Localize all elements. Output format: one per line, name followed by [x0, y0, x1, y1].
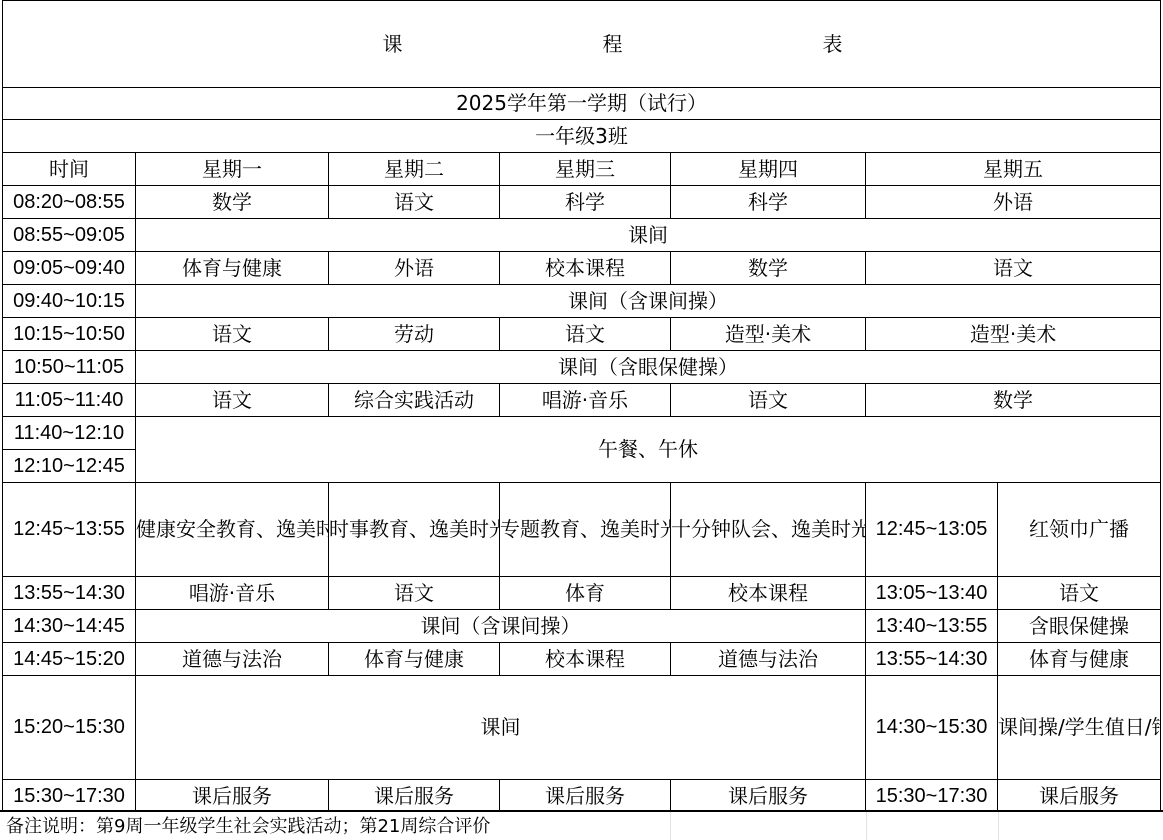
break-cell: 课间: [136, 219, 1161, 252]
friday-time-cell: 13:55~14:30: [866, 643, 998, 676]
lesson-cell: 时事教育、逸美时光、眼保健操: [329, 483, 500, 577]
table-row: 08:55~09:05 课间: [3, 219, 1161, 252]
friday-lesson-cell: 语文: [998, 577, 1161, 610]
lesson-cell: 语文: [136, 384, 329, 417]
friday-lesson-cell: 课后服务: [998, 780, 1161, 813]
lesson-cell: 校本课程: [671, 577, 866, 610]
time-cell: 10:15~10:50: [3, 318, 136, 351]
table-row: 14:30~14:45 课间（含课间操） 13:40~13:55 含眼保健操: [3, 610, 1161, 643]
lesson-cell: 科学: [671, 186, 866, 219]
lesson-cell: 课后服务: [136, 780, 329, 813]
time-cell: 08:55~09:05: [3, 219, 136, 252]
lesson-cell: 道德与法治: [671, 643, 866, 676]
table-row: 12:45~13:55 健康安全教育、逸美时光、眼保健操 时事教育、逸美时光、眼…: [3, 483, 1161, 577]
friday-time-cell: 12:45~13:05: [866, 483, 998, 577]
remarks-row: 备注说明：第9周一年级学生社会实践活动；第21周综合评价: [0, 810, 1163, 840]
lesson-cell: 造型·美术: [671, 318, 866, 351]
lesson-cell: 语文: [329, 186, 500, 219]
time-cell: 15:20~15:30: [3, 676, 136, 780]
table-row: 15:20~15:30 课间 14:30~15:30 课间操/学生值日/错峰放学…: [3, 676, 1161, 780]
table-row: 11:05~11:40 语文 综合实践活动 唱游·音乐 语文 数学: [3, 384, 1161, 417]
header-tuesday: 星期二: [329, 153, 500, 186]
lesson-cell: 劳动: [329, 318, 500, 351]
header-monday: 星期一: [136, 153, 329, 186]
header-thursday: 星期四: [671, 153, 866, 186]
time-cell: 09:05~09:40: [3, 252, 136, 285]
lesson-cell: 课后服务: [500, 780, 671, 813]
table-row: 14:45~15:20 道德与法治 体育与健康 校本课程 道德与法治 13:55…: [3, 643, 1161, 676]
lesson-cell: 体育与健康: [329, 643, 500, 676]
time-cell: 13:55~14:30: [3, 577, 136, 610]
lesson-cell: 语文: [671, 384, 866, 417]
remarks-text: 备注说明：第9周一年级学生社会实践活动；第21周综合评价: [6, 815, 490, 839]
gridline: [998, 812, 999, 840]
time-cell: 14:45~15:20: [3, 643, 136, 676]
table-row: 09:40~10:15 课间（含课间操）: [3, 285, 1161, 318]
table-row: 09:05~09:40 体育与健康 外语 校本课程 数学 语文: [3, 252, 1161, 285]
lesson-cell: 语文: [500, 318, 671, 351]
time-cell: 08:20~08:55: [3, 186, 136, 219]
lesson-cell: 科学: [500, 186, 671, 219]
lesson-cell: 专题教育、逸美时光、眼保健操: [500, 483, 671, 577]
lesson-cell: 外语: [329, 252, 500, 285]
header-wednesday: 星期三: [500, 153, 671, 186]
lesson-cell: 体育与健康: [136, 252, 329, 285]
break-cell: 课间: [136, 676, 866, 780]
time-cell: 10:50~11:05: [3, 351, 136, 384]
friday-lesson-cell: 体育与健康: [998, 643, 1161, 676]
friday-lesson-cell: 课间操/学生值日/错峰放学/运动时光: [998, 676, 1161, 780]
lesson-cell: 体育: [500, 577, 671, 610]
lesson-cell: 校本课程: [500, 643, 671, 676]
friday-lesson-cell: 红领巾广播: [998, 483, 1161, 577]
lesson-cell: 造型·美术: [866, 318, 1161, 351]
time-cell: 14:30~14:45: [3, 610, 136, 643]
header-time: 时间: [3, 153, 136, 186]
subtitle: 2025学年第一学期（试行）: [3, 88, 1161, 120]
time-cell: 11:40~12:10: [3, 417, 136, 450]
timetable: 课程表 2025学年第一学期（试行） 一年级3班 时间 星期一 星期二 星期三 …: [2, 0, 1161, 813]
table-row: 10:15~10:50 语文 劳动 语文 造型·美术 造型·美术: [3, 318, 1161, 351]
break-cell: 课间（含课间操）: [136, 285, 1161, 318]
gridline: [866, 812, 867, 840]
lesson-cell: 课后服务: [329, 780, 500, 813]
table-row: 10:50~11:05 课间（含眼保健操）: [3, 351, 1161, 384]
lesson-cell: 数学: [866, 384, 1161, 417]
time-cell: 12:45~13:55: [3, 483, 136, 577]
friday-lesson-cell: 含眼保健操: [998, 610, 1161, 643]
lesson-cell: 校本课程: [500, 252, 671, 285]
header-friday: 星期五: [866, 153, 1161, 186]
title-char: 课: [338, 29, 448, 60]
time-cell: 11:05~11:40: [3, 384, 136, 417]
lesson-cell: 语文: [136, 318, 329, 351]
lesson-cell: 唱游·音乐: [136, 577, 329, 610]
break-cell: 课间（含课间操）: [136, 610, 866, 643]
time-cell: 15:30~17:30: [3, 780, 136, 813]
table-row: 13:55~14:30 唱游·音乐 语文 体育 校本课程 13:05~13:40…: [3, 577, 1161, 610]
lesson-cell: 语文: [329, 577, 500, 610]
title-char: 表: [778, 29, 888, 60]
lesson-cell: 道德与法治: [136, 643, 329, 676]
lesson-cell: 外语: [866, 186, 1161, 219]
gridline: [670, 812, 671, 840]
lesson-cell: 十分钟队会、逸美时光、眼保健操: [671, 483, 866, 577]
friday-time-cell: 13:40~13:55: [866, 610, 998, 643]
time-cell: 12:10~12:45: [3, 450, 136, 483]
table-row: 15:30~17:30 课后服务 课后服务 课后服务 课后服务 15:30~17…: [3, 780, 1161, 813]
class-name: 一年级3班: [3, 120, 1161, 153]
friday-time-cell: 15:30~17:30: [866, 780, 998, 813]
lesson-cell: 数学: [136, 186, 329, 219]
time-cell: 09:40~10:15: [3, 285, 136, 318]
lunch-cell: 午餐、午休: [136, 417, 1161, 483]
lesson-cell: 课后服务: [671, 780, 866, 813]
lesson-cell: 健康安全教育、逸美时光、眼保健操: [136, 483, 329, 577]
table-row: 11:40~12:10 午餐、午休: [3, 417, 1161, 450]
friday-time-cell: 13:05~13:40: [866, 577, 998, 610]
header-row: 时间 星期一 星期二 星期三 星期四 星期五: [3, 153, 1161, 186]
break-cell: 课间（含眼保健操）: [136, 351, 1161, 384]
page-title: 课程表: [3, 1, 1161, 88]
lesson-cell: 数学: [671, 252, 866, 285]
table-row: 08:20~08:55 数学 语文 科学 科学 外语: [3, 186, 1161, 219]
title-char: 程: [558, 29, 668, 60]
lesson-cell: 语文: [866, 252, 1161, 285]
lesson-cell: 唱游·音乐: [500, 384, 671, 417]
friday-time-cell: 14:30~15:30: [866, 676, 998, 780]
lesson-cell: 综合实践活动: [329, 384, 500, 417]
